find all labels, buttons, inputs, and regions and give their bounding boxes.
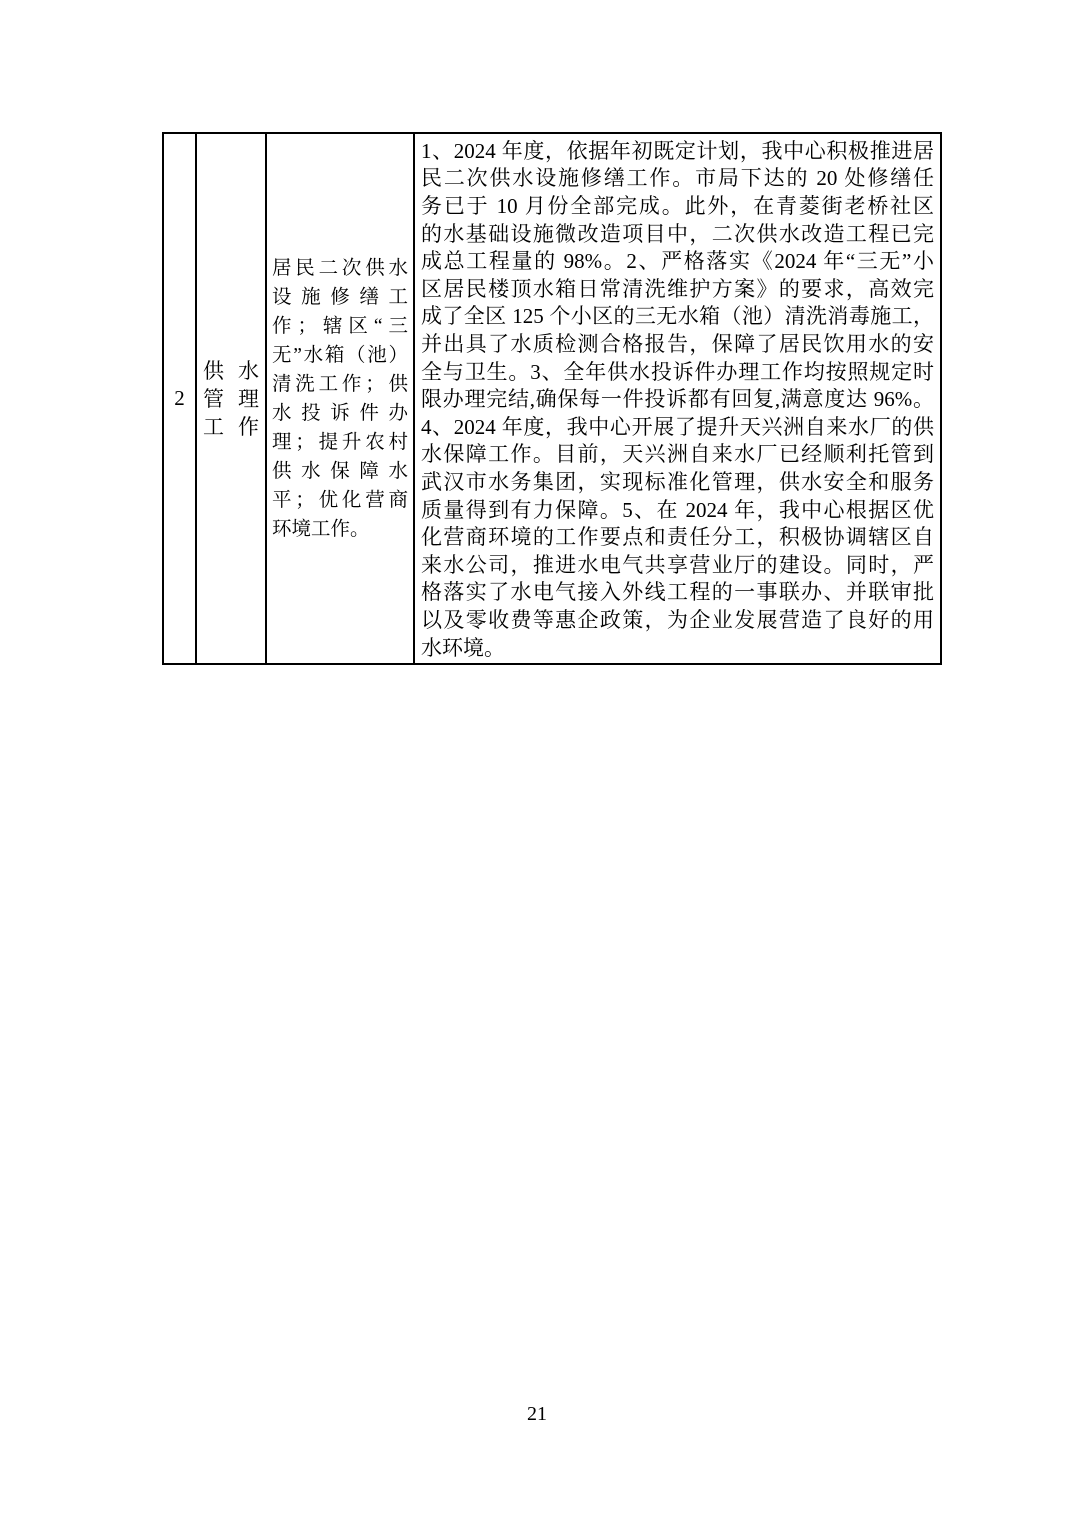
description-line: 水保障工作。目前，天兴洲自来水厂已经顺利托管到	[421, 441, 934, 469]
description-line: 并出具了水质检测合格报告，保障了居民饮用水的安	[421, 331, 934, 359]
work-items-line: 居民二次供水	[272, 254, 408, 283]
category-line: 管理	[203, 385, 259, 413]
work-items-line: 清洗工作；供	[272, 370, 408, 399]
description-line: 1、2024 年度，依据年初既定计划，我中心积极推进居	[421, 138, 934, 166]
description-line: 质量得到有力保障。5、在 2024 年，我中心根据区优	[421, 497, 934, 525]
work-items-text: 居民二次供水设施修缮工作；辖区“三无”水箱（池）清洗工作；供水投诉件办理；提升农…	[272, 254, 408, 544]
description-line: 化营商环境的工作要点和责任分工，积极协调辖区自	[421, 524, 934, 552]
work-items-line: 作；辖区“三	[272, 312, 408, 341]
row-index-cell: 2	[163, 133, 196, 664]
description-line: 4、2024 年度，我中心开展了提升天兴洲自来水厂的供	[421, 414, 934, 442]
category-line: 供水	[203, 357, 259, 385]
category-label: 供水管理工作	[203, 357, 259, 441]
work-items-line: 供水保障水	[272, 457, 408, 486]
category-line: 工作	[203, 413, 259, 441]
description-line: 区居民楼顶水箱日常清洗维护方案》的要求，高效完	[421, 276, 934, 304]
description-text: 1、2024 年度，依据年初既定计划，我中心积极推进居民二次供水设施修缮工作。市…	[421, 138, 934, 662]
work-items-cell: 居民二次供水设施修缮工作；辖区“三无”水箱（池）清洗工作；供水投诉件办理；提升农…	[266, 133, 414, 664]
page-number: 21	[0, 1403, 1074, 1426]
table-row: 2 供水管理工作 居民二次供水设施修缮工作；辖区“三无”水箱（池）清洗工作；供水…	[163, 133, 941, 664]
description-line: 民二次供水设施修缮工作。市局下达的 20 处修缮任	[421, 165, 934, 193]
description-line: 的水基础设施微改造项目中，二次供水改造工程已完	[421, 221, 934, 249]
category-cell: 供水管理工作	[196, 133, 266, 664]
description-line: 限办理完结,确保每一件投诉都有回复,满意度达 96%。	[421, 386, 934, 414]
description-line: 务已于 10 月份全部完成。此外，在青菱街老桥社区	[421, 193, 934, 221]
work-items-line: 无”水箱（池）	[272, 341, 408, 370]
description-line: 格落实了水电气接入外线工程的一事联办、并联审批	[421, 579, 934, 607]
description-line: 水环境。	[421, 635, 934, 663]
description-line: 全与卫生。3、全年供水投诉件办理工作均按照规定时	[421, 359, 934, 387]
work-items-line: 水投诉件办	[272, 399, 408, 428]
description-line: 武汉市水务集团，实现标准化管理，供水安全和服务	[421, 469, 934, 497]
work-items-line: 设施修缮工	[272, 283, 408, 312]
work-items-line: 理；提升农村	[272, 428, 408, 457]
description-line: 成总工程量的 98%。2、严格落实《2024 年“三无”小	[421, 248, 934, 276]
description-cell: 1、2024 年度，依据年初既定计划，我中心积极推进居民二次供水设施修缮工作。市…	[414, 133, 941, 664]
work-report-table: 2 供水管理工作 居民二次供水设施修缮工作；辖区“三无”水箱（池）清洗工作；供水…	[162, 132, 942, 665]
description-line: 来水公司，推进水电气共享营业厅的建设。同时，严	[421, 552, 934, 580]
work-items-line: 平；优化营商	[272, 486, 408, 515]
description-line: 成了全区 125 个小区的三无水箱（池）清洗消毒施工，	[421, 303, 934, 331]
work-items-line: 环境工作。	[272, 515, 408, 544]
document-page: 2 供水管理工作 居民二次供水设施修缮工作；辖区“三无”水箱（池）清洗工作；供水…	[0, 0, 1074, 1520]
description-line: 以及零收费等惠企政策，为企业发展营造了良好的用	[421, 607, 934, 635]
